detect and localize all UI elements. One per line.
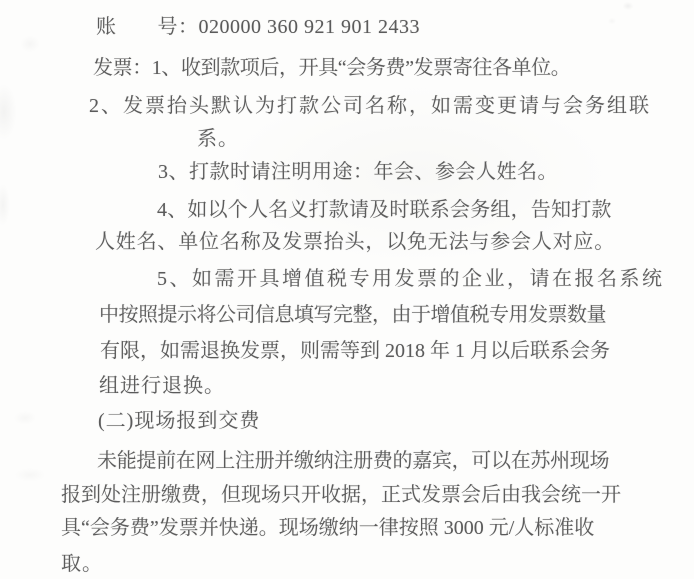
invoice-note-4-cont: 人姓名、单位名称及发票抬头，以免无法与参会人对应。 <box>95 231 615 253</box>
account-number-line: 账 号：020000 360 921 901 2433 <box>96 16 420 38</box>
onsite-paragraph-line-3: 具“会务费”发票并快递。现场缴纳一律按照 3000 元/人标准收 <box>61 517 594 539</box>
invoice-note-5: 5、如需开具增值税专用发票的企业，请在报名系统 <box>157 268 665 290</box>
invoice-note-5-cont-3: 组进行退换。 <box>99 375 225 397</box>
onsite-paragraph-line-4: 取。 <box>61 553 103 575</box>
onsite-paragraph-line-1: 未能提前在网上注册并缴纳注册费的嘉宾，可以在苏州现场 <box>97 450 609 472</box>
invoice-note-5-cont-2: 有限，如需退换发票，则需等到 2018 年 1 月以后联系会务 <box>100 340 610 362</box>
invoice-note-3: 3、打款时请注明用途：年会、参会人姓名。 <box>158 161 558 183</box>
section-heading-onsite-registration: (二)现场报到交费 <box>98 410 260 432</box>
invoice-note-4: 4、如以个人名义打款请及时联系会务组，告知打款 <box>157 199 612 221</box>
invoice-note-1: 发票：1、收到款项后，开具“会务费”发票寄往各单位。 <box>93 57 570 79</box>
onsite-paragraph-line-2: 报到处注册缴费，但现场只开收据，正式发票会后由我会统一开 <box>61 484 621 506</box>
document-page: 账 号：020000 360 921 901 2433 发票：1、收到款项后，开… <box>0 0 694 579</box>
invoice-note-2: 2、发票抬头默认为打款公司名称，如需变更请与会务组联 <box>89 95 651 117</box>
invoice-note-5-cont-1: 中按照提示将公司信息填写完整，由于增值税专用发票数量 <box>99 304 606 326</box>
invoice-note-2-cont: 系。 <box>197 128 239 150</box>
